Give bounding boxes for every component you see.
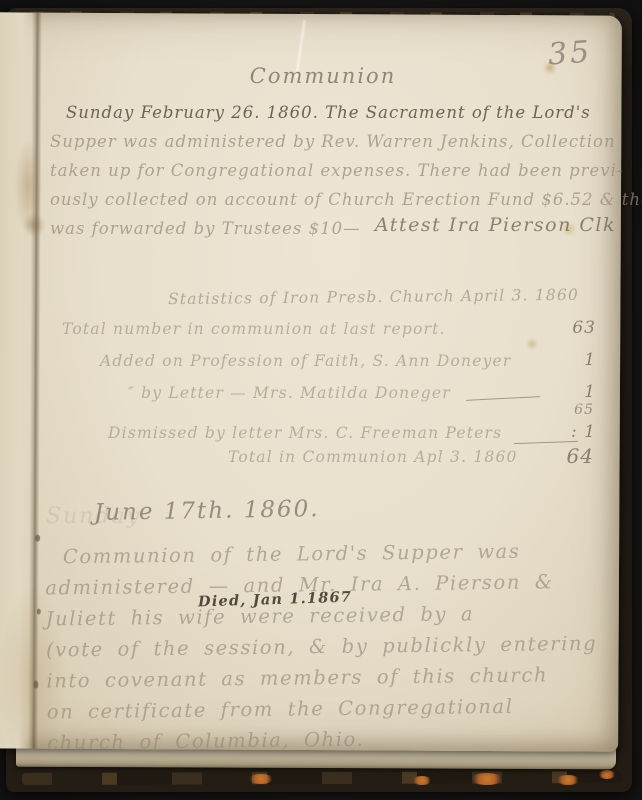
- rust-fleck: [248, 774, 274, 784]
- stat-row-label: Added on Profession of Faith, S. Ann Don…: [100, 352, 512, 370]
- closing-text: was forwarded by Trustees $10—: [50, 219, 361, 238]
- stat-row-label: Total in Communion Apl 3. 1860: [228, 448, 518, 466]
- entry-june: Communion of the Lord's Supper was admin…: [45, 534, 623, 758]
- stat-row-label: Total number in communion at last report…: [62, 320, 446, 338]
- stain: [24, 212, 44, 238]
- handwritten-line: Supper was administered by Rev. Warren J…: [50, 127, 616, 156]
- stat-row-label: ″ by Letter — Mrs. Matilda Doneger: [128, 384, 451, 402]
- subtotal-value: 65: [538, 402, 594, 418]
- handwritten-line: Sunday February 26. 1860. The Sacrament …: [50, 98, 616, 127]
- stat-row-value: 1: [540, 350, 596, 370]
- photo-of-ledger-page: 35 Communion Sunday February 26. 1860. T…: [0, 0, 642, 800]
- rust-fleck: [470, 773, 504, 785]
- stain: [526, 338, 538, 350]
- crease-speck: [35, 535, 40, 542]
- stat-row-value: : 1: [540, 422, 596, 442]
- entry-february: Sunday February 26. 1860. The Sacrament …: [50, 98, 616, 243]
- rust-fleck: [598, 770, 616, 779]
- stat-row-value: 1: [540, 382, 596, 402]
- handwritten-line: ously collected on account of Church Ere…: [50, 185, 616, 214]
- handwritten-line: taken up for Congregational expenses. Th…: [50, 156, 616, 185]
- rust-fleck: [412, 776, 432, 785]
- handwritten-line: was forwarded by Trustees $10— Attest Ir…: [50, 214, 616, 243]
- entry-title: Communion: [208, 64, 438, 88]
- rust-fleck: [556, 775, 580, 785]
- page-number: 35: [547, 35, 594, 73]
- attest-signature: Attest Ira Pierson Clk: [375, 211, 616, 240]
- cover-bottom-worn-edge: [22, 771, 622, 785]
- stat-total-value: 64: [538, 444, 594, 468]
- june-entry-heading: June 17th. 1860.: [94, 496, 320, 526]
- stat-row-label: Dismissed by letter Mrs. C. Freeman Pete…: [108, 424, 502, 442]
- stat-row-value: 63: [540, 318, 596, 338]
